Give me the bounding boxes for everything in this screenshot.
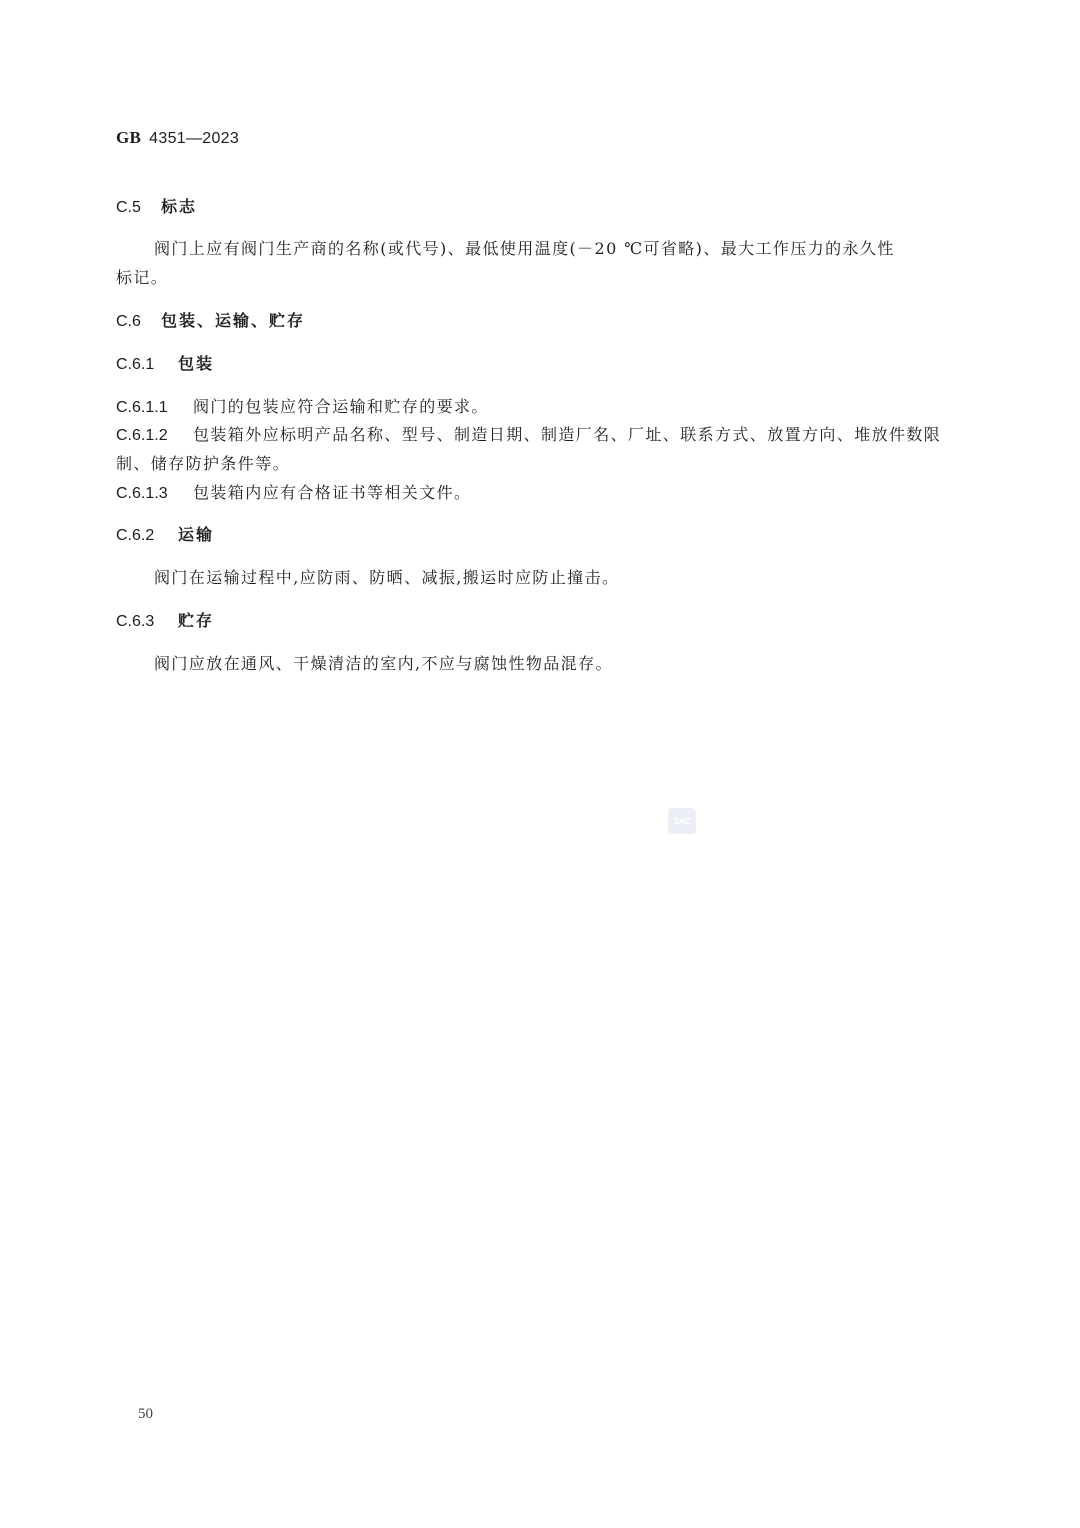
clause-c612: C.6.1.2包装箱外应标明产品名称、型号、制造日期、制造厂名、厂址、联系方式、… <box>116 422 941 445</box>
section-heading-c63: C.6.3贮存 <box>116 608 214 631</box>
page-number: 50 <box>138 1406 153 1423</box>
section-heading-c61: C.6.1包装 <box>116 351 214 374</box>
section-heading-c5: C.5标志 <box>116 194 197 217</box>
section-number: C.6.2 <box>116 527 178 545</box>
clause-text: 包装箱内应有合格证书等相关文件。 <box>193 483 471 502</box>
document-page: GB4351—2023 C.5标志 阀门上应有阀门生产商的名称(或代号)、最低使… <box>0 0 1080 1528</box>
paragraph-c5-line2: 标记。 <box>116 265 168 288</box>
section-heading-c6: C.6包装、运输、贮存 <box>116 308 305 331</box>
clause-c611: C.6.1.1阀门的包装应符合运输和贮存的要求。 <box>116 394 489 417</box>
clause-c612-line2: 制、储存防护条件等。 <box>116 451 290 474</box>
standard-code: 4351—2023 <box>149 130 239 147</box>
section-heading-c62: C.6.2运输 <box>116 522 214 545</box>
section-title: 标志 <box>161 197 197 216</box>
section-number: C.6.3 <box>116 613 178 631</box>
clause-number: C.6.1.3 <box>116 485 193 503</box>
sac-watermark-logo: SAC <box>668 808 696 834</box>
section-title: 包装、运输、贮存 <box>161 311 305 330</box>
paragraph-c62: 阀门在运输过程中,应防雨、防晒、减振,搬运时应防止撞击。 <box>154 565 619 588</box>
section-title: 贮存 <box>178 611 214 630</box>
watermark-label: SAC <box>674 817 691 826</box>
clause-text: 阀门的包装应符合运输和贮存的要求。 <box>193 397 489 416</box>
clause-number: C.6.1.1 <box>116 399 193 417</box>
section-title: 运输 <box>178 525 214 544</box>
paragraph-c63: 阀门应放在通风、干燥清洁的室内,不应与腐蚀性物品混存。 <box>154 651 613 674</box>
clause-text-line1: 包装箱外应标明产品名称、型号、制造日期、制造厂名、厂址、联系方式、放置方向、堆放… <box>193 425 941 444</box>
section-title: 包装 <box>178 354 214 373</box>
paragraph-c5-line1: 阀门上应有阀门生产商的名称(或代号)、最低使用温度(－20 ℃可省略)、最大工作… <box>154 236 895 259</box>
section-number: C.6.1 <box>116 356 178 374</box>
clause-number: C.6.1.2 <box>116 427 193 445</box>
clause-c613: C.6.1.3包装箱内应有合格证书等相关文件。 <box>116 480 471 503</box>
standard-prefix: GB <box>116 128 141 147</box>
section-number: C.6 <box>116 313 161 331</box>
standard-header: GB4351—2023 <box>116 128 239 148</box>
section-number: C.5 <box>116 199 161 217</box>
